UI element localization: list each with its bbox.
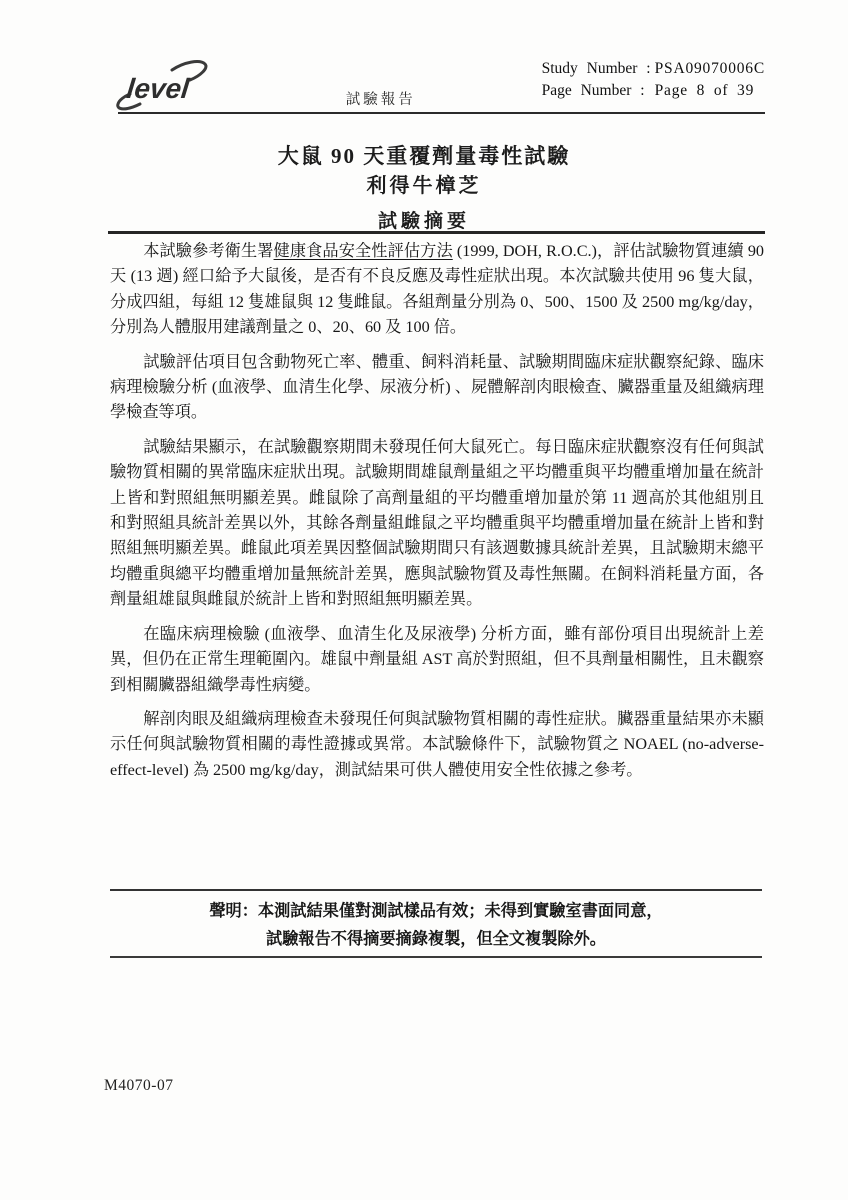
study-number-label: Study Number :	[542, 58, 651, 80]
report-title: 大鼠 90 天重覆劑量毒性試驗 利得牛樟芝	[0, 141, 848, 201]
paragraph-necropsy-noael: 解剖肉眼及組織病理檢查未發現任何與試驗物質相關的毒性症狀。臟器重量結果亦未顯示任…	[110, 707, 764, 783]
section-heading-summary: 試驗摘要	[0, 206, 848, 233]
report-page: level 試驗報告 Study Number : PSA09070006C P…	[0, 0, 848, 1200]
report-title-line2: 利得牛樟芝	[0, 171, 848, 201]
level-logo: level	[110, 58, 220, 116]
section-divider	[108, 231, 765, 234]
report-title-line1: 大鼠 90 天重覆劑量毒性試驗	[0, 141, 848, 171]
page-number-label: Page Number :	[542, 80, 651, 102]
paragraph-evaluation-items: 試驗評估項目包含動物死亡率、體重、飼料消耗量、試驗期間臨床症狀觀察紀錄、臨床病理…	[110, 350, 764, 426]
paragraph-clinical-pathology: 在臨床病理檢驗 (血液學、血清生化及尿液學) 分析方面，雖有部份項目出現統計上差…	[110, 622, 764, 698]
declaration-line2: 試驗報告不得摘要摘錄複製，但全文複製除外。	[110, 926, 762, 954]
summary-body: 本試驗參考衛生署健康食品安全性評估方法 (1999, DOH, R.O.C.)，…	[110, 239, 764, 792]
level-logo-text: level	[125, 73, 192, 104]
page-header: level 試驗報告 Study Number : PSA09070006C P…	[110, 58, 765, 116]
study-number-value: PSA09070006C	[655, 58, 765, 80]
document-type-label: 試驗報告	[220, 88, 542, 109]
paragraph-results-bodyweight: 試驗結果顯示，在試驗觀察期間未發現任何大鼠死亡。每日臨床症狀觀察沒有任何與試驗物…	[110, 435, 764, 613]
footer-document-code: M4070-07	[104, 1077, 173, 1095]
header-meta: Study Number : PSA09070006C Page Number …	[542, 58, 765, 102]
paragraph-1-underlined-method: 健康食品安全性評估方法	[274, 242, 453, 260]
header-divider	[118, 112, 765, 114]
page-number-value: Page 8 of 39	[655, 80, 765, 102]
declaration-box: 聲明：本測試結果僅對測試樣品有效；未得到實驗室書面同意， 試驗報告不得摘要摘錄複…	[110, 889, 762, 958]
declaration-line1: 聲明：本測試結果僅對測試樣品有效；未得到實驗室書面同意，	[110, 898, 762, 926]
level-logo-swoosh-icon: level	[110, 58, 220, 116]
paragraph-1-pre: 本試驗參考衛生署	[143, 242, 273, 260]
paragraph-study-design: 本試驗參考衛生署健康食品安全性評估方法 (1999, DOH, R.O.C.)，…	[110, 239, 764, 341]
